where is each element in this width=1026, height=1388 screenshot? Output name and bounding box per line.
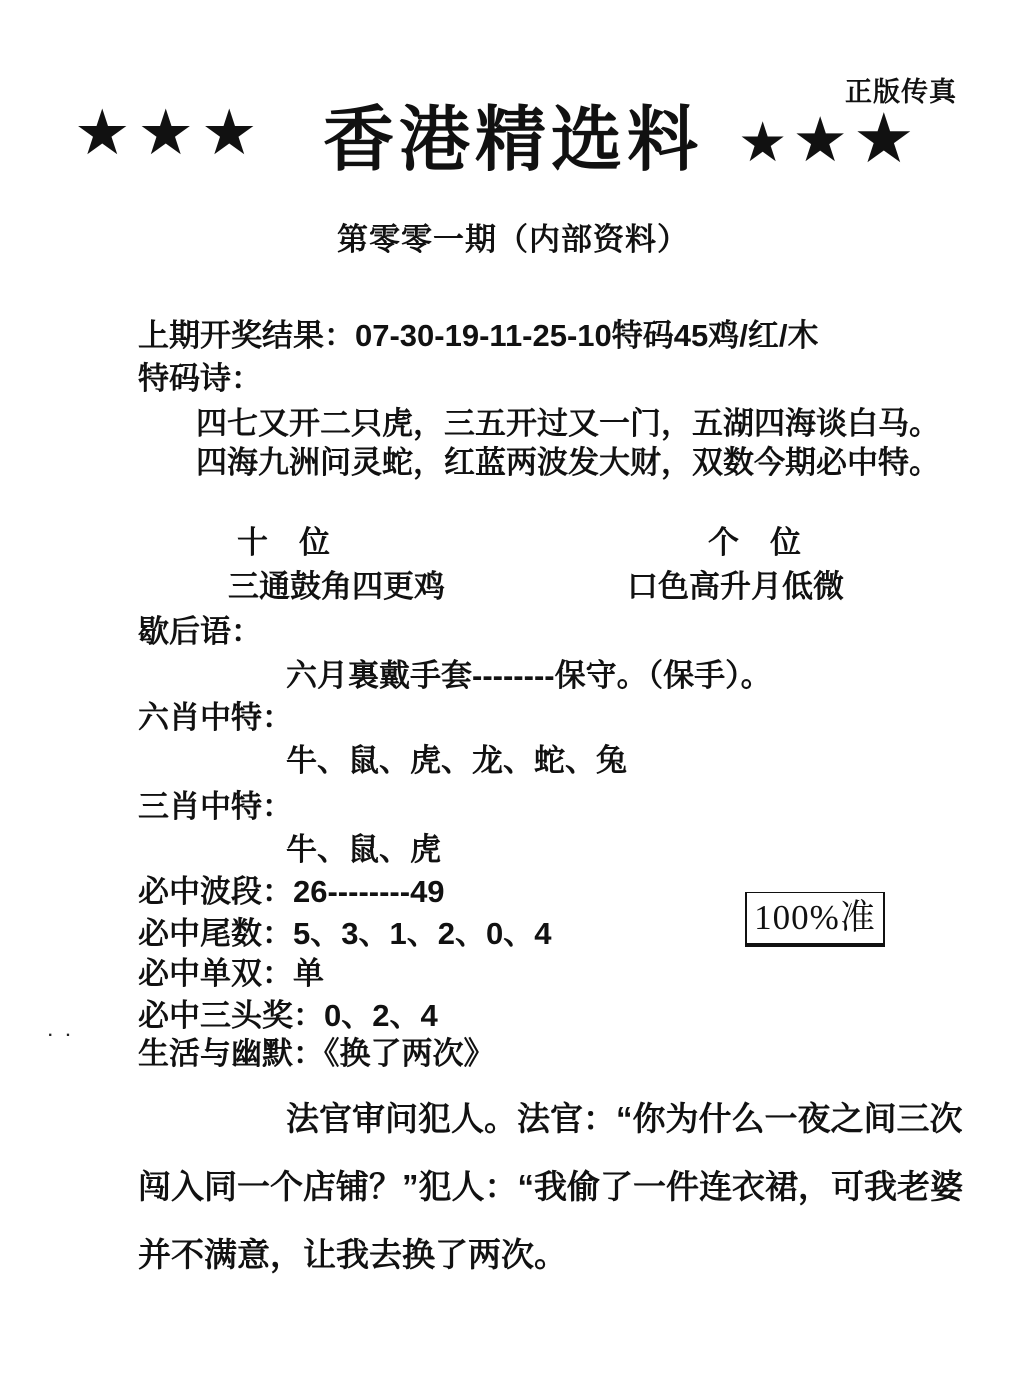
star-icon: ★	[792, 112, 848, 171]
issue-subtitle: 第零零一期（内部资料）	[0, 224, 1026, 257]
accuracy-badge-text: 100%准	[754, 900, 876, 937]
poem-line-1: 四七又开二只虎，三五开过又一门，五湖四海谈白马。	[196, 408, 940, 441]
humor-title: 生活与幽默：《换了两次》	[138, 1038, 495, 1071]
tens-digit-header: 十 位	[237, 527, 330, 560]
margin-artifact-dots: · ·	[48, 1028, 75, 1045]
tens-digit-phrase: 三通鼓角四更鸡	[228, 571, 445, 604]
six-zodiac-label: 六肖中特：	[138, 702, 293, 735]
story-line-3: 并不满意，让我去换了两次。	[138, 1238, 567, 1273]
odd-even-pick: 必中单双：单	[138, 958, 324, 991]
wave-range: 必中波段：26--------49	[138, 876, 445, 909]
units-digit-phrase: 口色高升月低微	[627, 571, 844, 604]
last-draw-result: 上期开奖结果：07-30-19-11-25-10特码45鸡/红/木	[138, 320, 819, 353]
star-icon: ★	[738, 116, 787, 168]
story-line-2: 闯入同一个店铺？”犯人：“我偷了一件连衣裙，可我老婆	[138, 1170, 963, 1205]
fax-sheet: 正版传真 ★★★ 香港精选料 ★ ★ ★ 第零零一期（内部资料） 上期开奖结果：…	[0, 0, 1026, 1388]
three-heads-pick: 必中三头奖：0、2、4	[138, 1000, 438, 1033]
story-line-1: 法官审问犯人。法官：“你为什么一夜之间三次	[286, 1102, 963, 1137]
star-icon: ★	[853, 106, 915, 172]
xiehouyu-label: 歇后语：	[138, 616, 262, 649]
three-zodiac-values: 牛、鼠、虎	[286, 834, 441, 867]
xiehouyu-text: 六月裏戴手套--------保守。（保手）。	[286, 660, 772, 693]
units-digit-header: 个 位	[708, 527, 801, 560]
three-zodiac-label: 三肖中特：	[138, 791, 293, 824]
tail-numbers: 必中尾数：5、3、1、2、0、4	[138, 918, 551, 951]
poem-line-2: 四海九洲问灵蛇，红蓝两波发大财，双数今期必中特。	[196, 447, 940, 480]
special-poem-label: 特码诗：	[138, 363, 262, 396]
accuracy-badge: 100%准	[745, 892, 885, 947]
six-zodiac-values: 牛、鼠、虎、龙、蛇、兔	[286, 745, 627, 778]
stars-right-icon: ★ ★ ★	[738, 106, 915, 172]
